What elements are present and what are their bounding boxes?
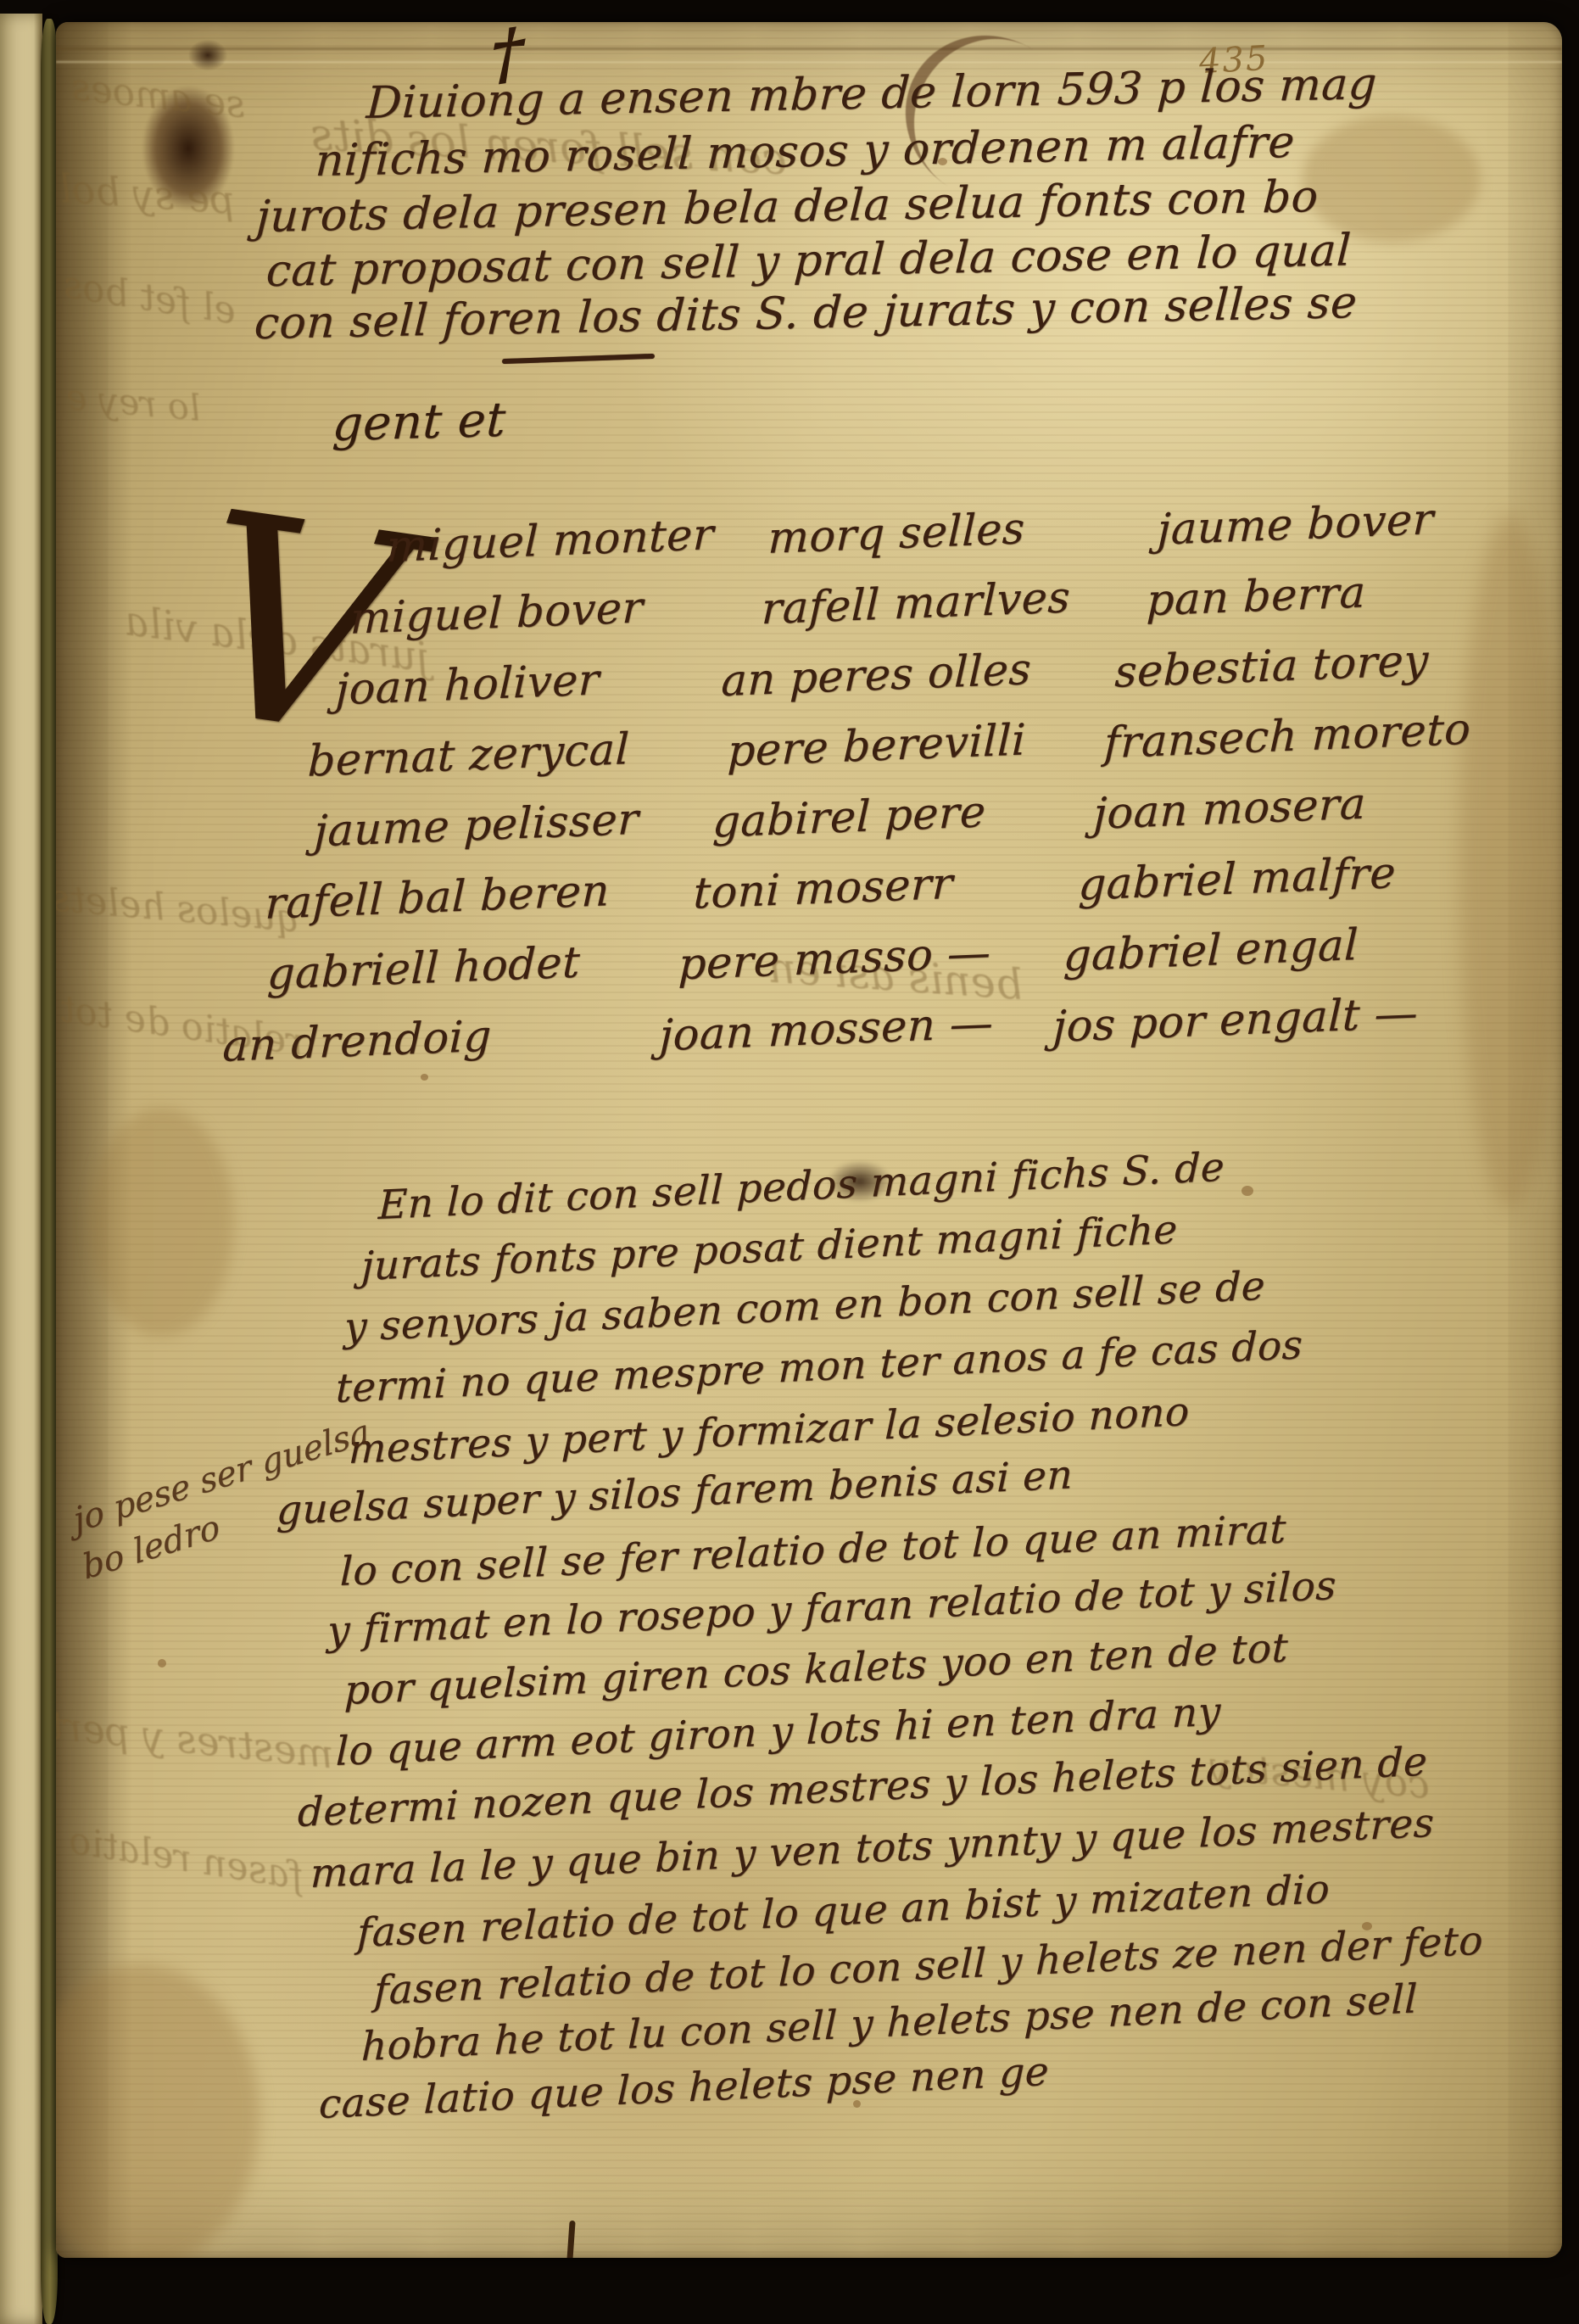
attendee-name: jos por engalt — xyxy=(1052,976,1463,1063)
attendee-name: sebestia torey xyxy=(1113,623,1474,707)
attendee-name: pan berra xyxy=(1146,553,1476,636)
gutter-shadow xyxy=(56,22,132,2258)
attendee-name: pere berevilli xyxy=(727,703,1068,786)
attendee-name: jaume bover xyxy=(1156,483,1478,566)
foxing-dot xyxy=(421,1074,428,1081)
stain xyxy=(1303,115,1481,243)
manuscript-page: se amoes pe sy bol el fet bos lo rey e c… xyxy=(56,22,1562,2258)
foxing-dot xyxy=(1241,1186,1253,1196)
attendee-name: fransech moreto xyxy=(1103,695,1472,779)
attendee-name: an peres olles xyxy=(720,633,1069,717)
stain xyxy=(1459,514,1561,1209)
attendee-name: morq selles xyxy=(767,492,1074,574)
attendee-name: miguel monter xyxy=(385,500,715,583)
attendee-name: gabirel pere xyxy=(711,774,1065,858)
previous-folio-edge xyxy=(0,14,42,2324)
attendee-column: morq selles rafell marlves an peres olle… xyxy=(747,492,1074,1068)
header-closing: gent et xyxy=(332,393,507,452)
attendee-name: rafell marlves xyxy=(761,562,1072,645)
attendee-name: joan mossen — xyxy=(658,986,1058,1071)
foxing-dot xyxy=(158,1659,166,1668)
binding-cord xyxy=(41,19,58,2324)
attendee-column: miguel monter miguel bover joan holiver … xyxy=(323,500,715,1078)
flourish-rule xyxy=(502,354,655,364)
attendee-column: jaume bover pan berra sebestia torey fra… xyxy=(1132,483,1478,1059)
ink-tick-mark xyxy=(566,2221,575,2258)
ink-blot-small xyxy=(183,36,232,75)
photograph-backdrop: se amoes pe sy bol el fet bos lo rey e c… xyxy=(0,0,1579,2324)
fold-line xyxy=(56,47,1562,50)
